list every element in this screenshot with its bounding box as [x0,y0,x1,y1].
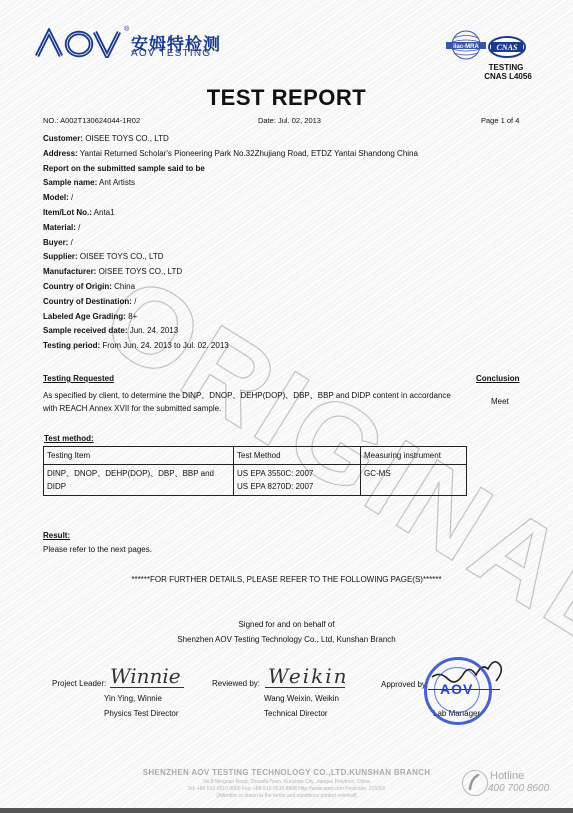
field-value: Jun. 24. 2013 [130,326,178,335]
field-label: Manufacturer: [43,267,96,276]
signing-company: Shenzhen AOV Testing Technology Co., Ltd… [0,635,573,644]
field-label: Report on the submitted sample said to b… [43,164,205,173]
table-row: DINP、DNOP、DEHP(DOP)、DBP、BBP and DIDP US … [44,465,467,496]
seal-text: AOV [440,681,473,697]
table-header-row: Testing Item Test Method Measuring instr… [44,447,467,465]
approved-by-label: Approved by: [381,680,428,689]
ilac-mra-logo-icon: ilac-MRA [446,29,486,61]
hotline-label: Hotline [490,770,524,782]
project-leader-title: Physics Test Director [104,709,179,718]
signed-on-behalf: Signed for and on behalf of [0,620,573,629]
field-row: Testing period: From Jun. 24. 2013 to Ju… [43,341,229,350]
result-heading: Result: [43,531,70,540]
field-row: Buyer: / [43,238,73,247]
field-row: Address: Yantai Returned Scholar's Pione… [43,149,418,158]
field-value: / [71,193,73,202]
column-header: Testing Item [44,447,234,465]
further-details-notice: ******FOR FURTHER DETAILS, PLEASE REFER … [0,575,573,584]
testing-requested-line2: with REACH Annex XVII for the submitted … [43,404,221,413]
signature-line [265,687,345,688]
field-label: Material: [43,223,76,232]
aov-logo-icon [35,28,123,58]
field-row: Labeled Age Grading: 8+ [43,312,137,321]
field-row: Model: / [43,193,73,202]
column-header: Measuring instrument [361,447,467,465]
field-label: Buyer: [43,238,68,247]
project-leader-label: Project Leader: [52,679,106,688]
instrument-cell: GC-MS [361,465,467,496]
field-value: / [71,238,73,247]
field-row: Material: / [43,223,80,232]
field-value: Anta1 [94,208,115,217]
testing-requested-heading: Testing Requested [43,374,114,383]
svg-text:ilac-MRA: ilac-MRA [453,44,479,50]
testing-item-line: DIDP [47,480,230,493]
field-value: / [78,223,80,232]
test-method-heading: Test method: [44,434,94,443]
registered-mark: ® [124,26,129,33]
report-number: NO.: A002T130624044-1R02 [43,116,140,125]
conclusion-value: Meet [491,397,509,406]
field-label: Testing period: [43,341,100,350]
field-label: Country of Destination: [43,297,132,306]
testing-item-line: DINP、DNOP、DEHP(DOP)、DBP、BBP and [47,467,230,480]
conclusion-heading: Conclusion [476,374,520,383]
test-method-line: US EPA 8270D: 2007 [237,480,357,493]
project-leader-signature: Winnie [110,664,181,688]
field-value: / [134,297,136,306]
test-method-line: US EPA 3550C: 2007 [237,467,357,480]
bottom-divider [0,808,573,813]
reviewed-by-label: Reviewed by: [212,679,260,688]
field-label: Labeled Age Grading: [43,312,126,321]
svg-text:CNAS: CNAS [497,43,518,52]
footer-company: SHENZHEN AOV TESTING TECHNOLOGY CO.,LTD.… [0,768,573,777]
field-row: Sample received date: Jun. 24. 2013 [43,326,178,335]
field-label: Address: [43,149,78,158]
column-header: Test Method [234,447,361,465]
reviewed-by-signature: Weikin [268,664,349,688]
phone-icon [462,770,488,796]
cnas-logo-icon: CNAS [487,35,527,59]
reviewed-by-title: Technical Director [264,709,328,718]
accreditation-number: CNAS L4056 [478,72,538,81]
field-label: Customer: [43,134,83,143]
field-label: Supplier: [43,252,78,261]
field-value: From Jun. 24. 2013 to Jul. 02. 2013 [102,341,228,350]
field-value: OISEE TOYS CO., LTD [80,252,164,261]
field-row: Customer: OISEE TOYS CO., LTD [43,134,169,143]
page-title: TEST REPORT [0,85,573,111]
field-label: Sample received date: [43,326,127,335]
page-indicator: Page 1 of 4 [481,116,519,125]
field-value: OISEE TOYS CO., LTD [99,267,183,276]
field-row: Manufacturer: OISEE TOYS CO., LTD [43,267,182,276]
field-label: Model: [43,193,69,202]
field-row: Country of Origin: China [43,282,135,291]
reviewed-by-name: Wang Weixin, Weikin [264,694,339,703]
test-method-cell: US EPA 3550C: 2007 US EPA 8270D: 2007 [234,465,361,496]
field-row: Supplier: OISEE TOYS CO., LTD [43,252,163,261]
testing-requested-line1: As specified by client, to determine the… [43,390,451,401]
field-label: Sample name: [43,178,97,187]
field-label: Country of Origin: [43,282,112,291]
testing-item-cell: DINP、DNOP、DEHP(DOP)、DBP、BBP and DIDP [44,465,234,496]
field-row: Item/Lot No.: Anta1 [43,208,115,217]
test-method-table: Testing Item Test Method Measuring instr… [43,446,467,496]
result-text: Please refer to the next pages. [43,545,152,554]
field-value: China [114,282,135,291]
report-date: Date: Jul. 02, 2013 [258,116,321,125]
company-name-en: AOV TESTING [131,48,211,59]
project-leader-name: Yin Ying, Winnie [104,694,162,703]
accreditation-type: TESTING [484,63,528,72]
field-label: Item/Lot No.: [43,208,92,217]
field-row: Country of Destination: / [43,297,136,306]
field-value: Ant Artists [99,178,135,187]
hotline-number[interactable]: 400 700 8600 [488,783,549,794]
field-value: 8+ [128,312,137,321]
field-value: Yantai Returned Scholar's Pioneering Par… [80,149,418,158]
report-page: ® 安姆特检测 AOV TESTING ilac-MRA CNAS TESTIN… [0,0,573,813]
field-value: OISEE TOYS CO., LTD [85,134,169,143]
field-row: Sample name: Ant Artists [43,178,135,187]
signature-line [110,687,184,688]
field-row: Report on the submitted sample said to b… [43,164,205,173]
